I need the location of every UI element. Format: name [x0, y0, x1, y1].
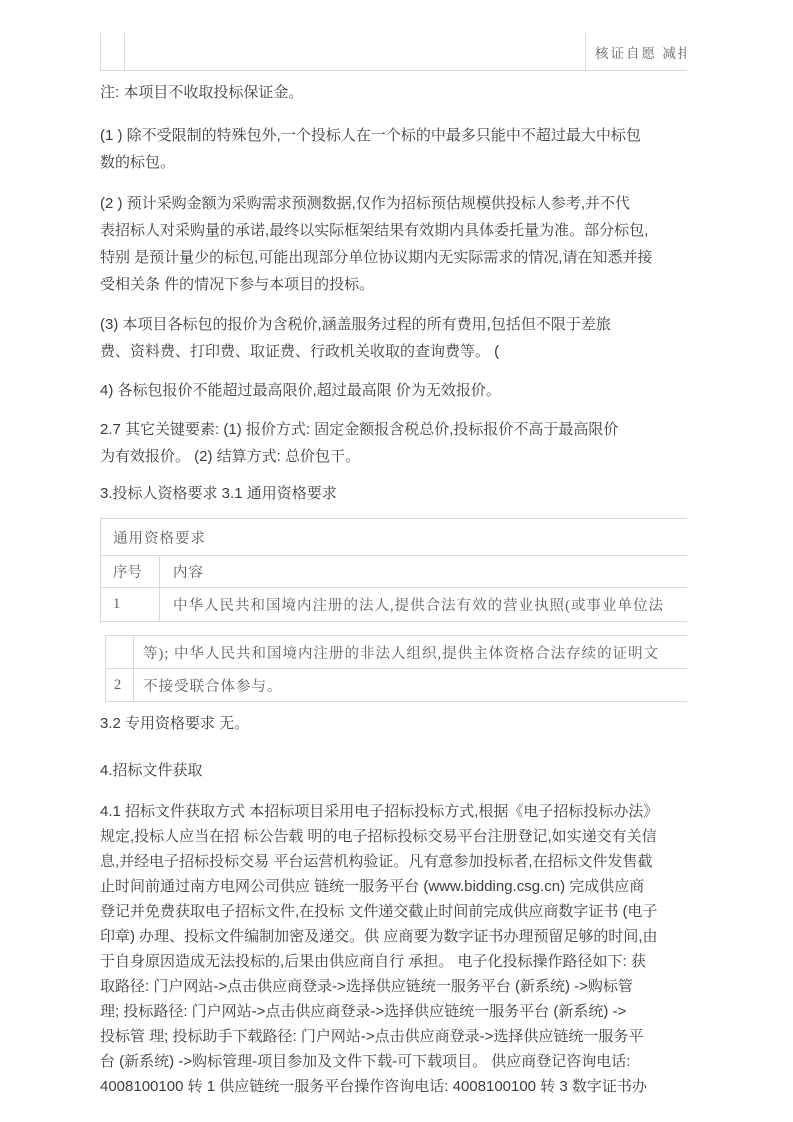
paragraph-2: (2 ) 预计采购金额为采购需求预测数据,仅作为招标预估规模供投标人参考,并不代… [100, 190, 687, 298]
heading-3-bidder-qualification: 3.投标人资格要求 3.1 通用资格要求 [100, 480, 687, 507]
table-title-row: 通用资格要求 [101, 519, 687, 556]
table-row: 2 不接受联合体参与。 [106, 669, 687, 702]
row-no: 1 [101, 588, 160, 621]
table-title: 通用资格要求 [101, 527, 206, 548]
paragraph-4: 4) 各标包报价不能超过最高限价,超过最高限 价为无效报价。 [100, 377, 687, 404]
paragraph-1: (1 ) 除不受限制的特殊包外,一个投标人在一个标的中最多只能中不超过最大中标包… [100, 122, 687, 176]
table-row: 1 中华人民共和国境内注册的法人,提供合法有效的营业执照(或事业单位法 [101, 588, 687, 622]
row-content: 等); 中华人民共和国境内注册的非法人组织,提供主体资格合法存续的证明文 [134, 642, 687, 663]
document-page: 核证自愿 减排 注: 本项目不收取投标保证金。 (1 ) 除不受限制的特殊包外,… [0, 0, 793, 1122]
row-content: 不接受联合体参与。 [134, 675, 687, 696]
fragment-empty-cell [100, 33, 125, 70]
table-row: 等); 中华人民共和国境内注册的非法人组织,提供主体资格合法存续的证明文 [106, 636, 687, 669]
heading-4-document-acquisition: 4.招标文件获取 [100, 757, 687, 784]
qualification-table-continuation: 等); 中华人民共和国境内注册的非法人组织,提供主体资格合法存续的证明文 2 不… [105, 635, 687, 702]
row-no [106, 636, 134, 668]
previous-table-fragment: 核证自愿 减排 [100, 33, 687, 71]
col-header-no: 序号 [101, 556, 160, 587]
row-content: 中华人民共和国境内注册的法人,提供合法有效的营业执照(或事业单位法 [160, 594, 687, 615]
paragraph-3: (3) 本项目各标包的报价为含税价,涵盖服务过程的所有费用,包括但不限于差旅费、… [100, 311, 687, 365]
row-no: 2 [106, 669, 134, 701]
table-header-row: 序号 内容 [101, 556, 687, 588]
general-qualification-table: 通用资格要求 序号 内容 1 中华人民共和国境内注册的法人,提供合法有效的营业执… [100, 518, 687, 622]
heading-3-2-special-qualification: 3.2 专用资格要求 无。 [100, 710, 687, 737]
note-line: 注: 本项目不收取投标保证金。 [100, 79, 687, 106]
page-content: 核证自愿 减排 注: 本项目不收取投标保证金。 (1 ) 除不受限制的特殊包外,… [100, 33, 687, 1099]
paragraph-2-7-key-elements: 2.7 其它关键要素: (1) 报价方式: 固定金额报含税总价,投标报价不高于最… [100, 416, 687, 470]
paragraph-4-1-acquisition-method: 4.1 招标文件获取方式 本招标项目采用电子招标投标方式,根据《电子招标投标办法… [100, 799, 687, 1099]
fragment-spacer-cell [125, 33, 585, 70]
col-header-content: 内容 [160, 561, 687, 582]
fragment-right-cell: 核证自愿 减排 [585, 33, 687, 70]
